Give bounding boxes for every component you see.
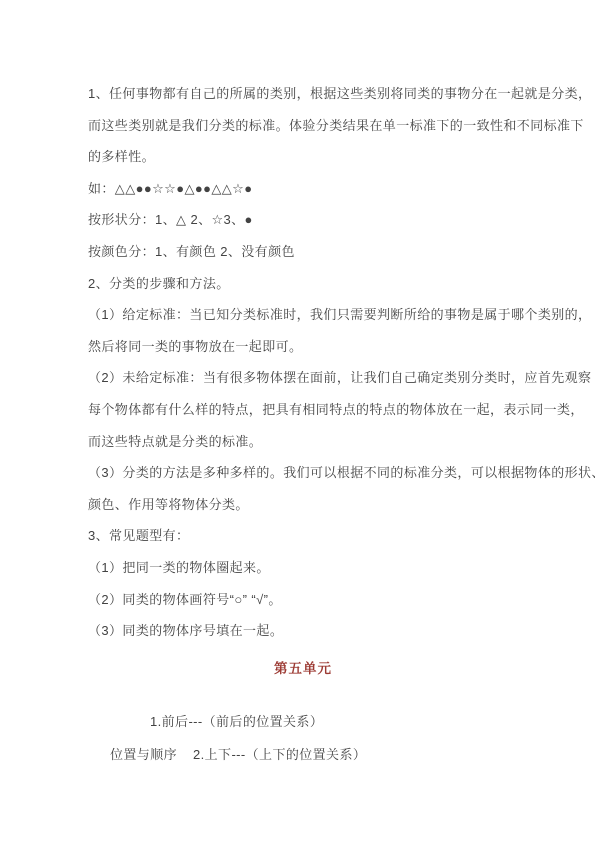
- symbol-note-line: （2）同类的物体画符号“○” “√”。: [88, 584, 518, 616]
- text-line: （3）同类的物体序号填在一起。: [88, 615, 518, 647]
- shape-classification-line: 按形状分：1、△ 2、☆3、●: [88, 204, 518, 236]
- text-line: 1、任何事物都有自己的所属的类别，根据这些类别将同类的事物分在一起就是分类，: [88, 78, 518, 110]
- text-line: （1）把同一类的物体圈起来。: [88, 552, 518, 584]
- section-heading-unit5: 第五单元: [88, 653, 518, 685]
- text-line: （2）未给定标准：当有很多物体摆在面前，让我们自己确定类别分类时，应首先观察: [88, 362, 518, 394]
- text-line: 每个物体都有什么样的特点，把具有相同特点的特点的物体放在一起，表示同一类，: [88, 394, 518, 426]
- shape-example-line: 如：△△●●☆☆●△●●△△☆●: [88, 173, 518, 205]
- document-body: 1、任何事物都有自己的所属的类别，根据这些类别将同类的事物分在一起就是分类， 而…: [88, 78, 518, 770]
- text-line: 2、分类的步骤和方法。: [88, 268, 518, 300]
- text-line: 的多样性。: [88, 141, 518, 173]
- text-line: 颜色、作用等将物体分类。: [88, 489, 518, 521]
- text-line: （3）分类的方法是多种多样的。我们可以根据不同的标准分类，可以根据物体的形状、: [88, 457, 518, 489]
- outline-row: 位置与顺序2.上下---（上下的位置关系）: [88, 739, 518, 771]
- text-line: 3、常见题型有：: [88, 520, 518, 552]
- text-line: （1）给定标准：当已知分类标准时，我们只需要判断所给的事物是属于哪个类别的，: [88, 299, 518, 331]
- outline-item-front-back: 1.前后---（前后的位置关系）: [88, 706, 518, 738]
- outline-topic-label: 位置与顺序: [110, 747, 177, 762]
- color-classification-line: 按颜色分：1、有颜色 2、没有颜色: [88, 236, 518, 268]
- outline-item-up-down: 2.上下---（上下的位置关系）: [193, 747, 366, 762]
- text-line: 然后将同一类的事物放在一起即可。: [88, 331, 518, 363]
- document-page: 1、任何事物都有自己的所属的类别，根据这些类别将同类的事物分在一起就是分类， 而…: [0, 0, 595, 842]
- text-line: 而这些类别就是我们分类的标准。体验分类结果在单一标准下的一致性和不同标准下: [88, 110, 518, 142]
- text-line: 而这些特点就是分类的标准。: [88, 426, 518, 458]
